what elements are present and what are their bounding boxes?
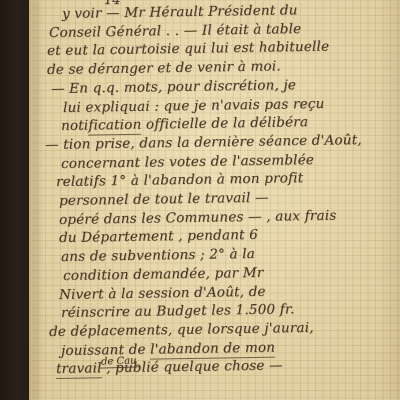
manuscript-line: Conseil Général . . — Il était à table bbox=[49, 21, 302, 41]
manuscript-text: 14 de Cau y voir — Mr Hérault Président … bbox=[30, 0, 400, 400]
scan-background-strip bbox=[0, 0, 30, 400]
manuscript-line: personnel de tout le travail — bbox=[59, 190, 269, 209]
manuscript-line: ans de subventions ; 2° à la bbox=[61, 246, 255, 265]
manuscript-line: notification officielle de la délibéra bbox=[61, 114, 308, 134]
manuscript-line: du Département , pendant 6 bbox=[59, 227, 258, 246]
manuscript-line: condition demandée, par Mr bbox=[63, 265, 264, 284]
manuscript-line: concernant les votes de l'assemblée bbox=[61, 152, 314, 172]
manuscript-line: de se déranger et de venir à moi. bbox=[47, 58, 281, 78]
scanned-letter-page: 14 de Cau y voir — Mr Hérault Président … bbox=[0, 0, 400, 400]
squared-paper-sheet: 14 de Cau y voir — Mr Hérault Président … bbox=[29, 0, 400, 400]
manuscript-line: travail , publié quelque chose — bbox=[56, 358, 283, 378]
manuscript-line: relatifs 1° à l'abandon à mon profit bbox=[56, 170, 304, 190]
manuscript-line: Nivert à la session d'Août, de bbox=[59, 283, 266, 302]
manuscript-line: et eut la courtoisie qui lui est habitue… bbox=[47, 39, 329, 59]
manuscript-line: réinscrire au Budget les 1.500 fr. bbox=[61, 302, 295, 322]
manuscript-line: de déplacements, que lorsque j'aurai, bbox=[49, 320, 314, 340]
manuscript-line: — En q.q. mots, pour discrétion, je bbox=[51, 77, 296, 97]
manuscript-line: y voir — Mr Hérault Président du bbox=[62, 2, 298, 22]
manuscript-line: lui expliquai : que je n'avais pas reçu bbox=[63, 95, 325, 115]
manuscript-line: jouissant de l'abandon de mon bbox=[61, 339, 275, 358]
manuscript-line: opéré dans les Communes — , aux frais bbox=[59, 207, 337, 227]
